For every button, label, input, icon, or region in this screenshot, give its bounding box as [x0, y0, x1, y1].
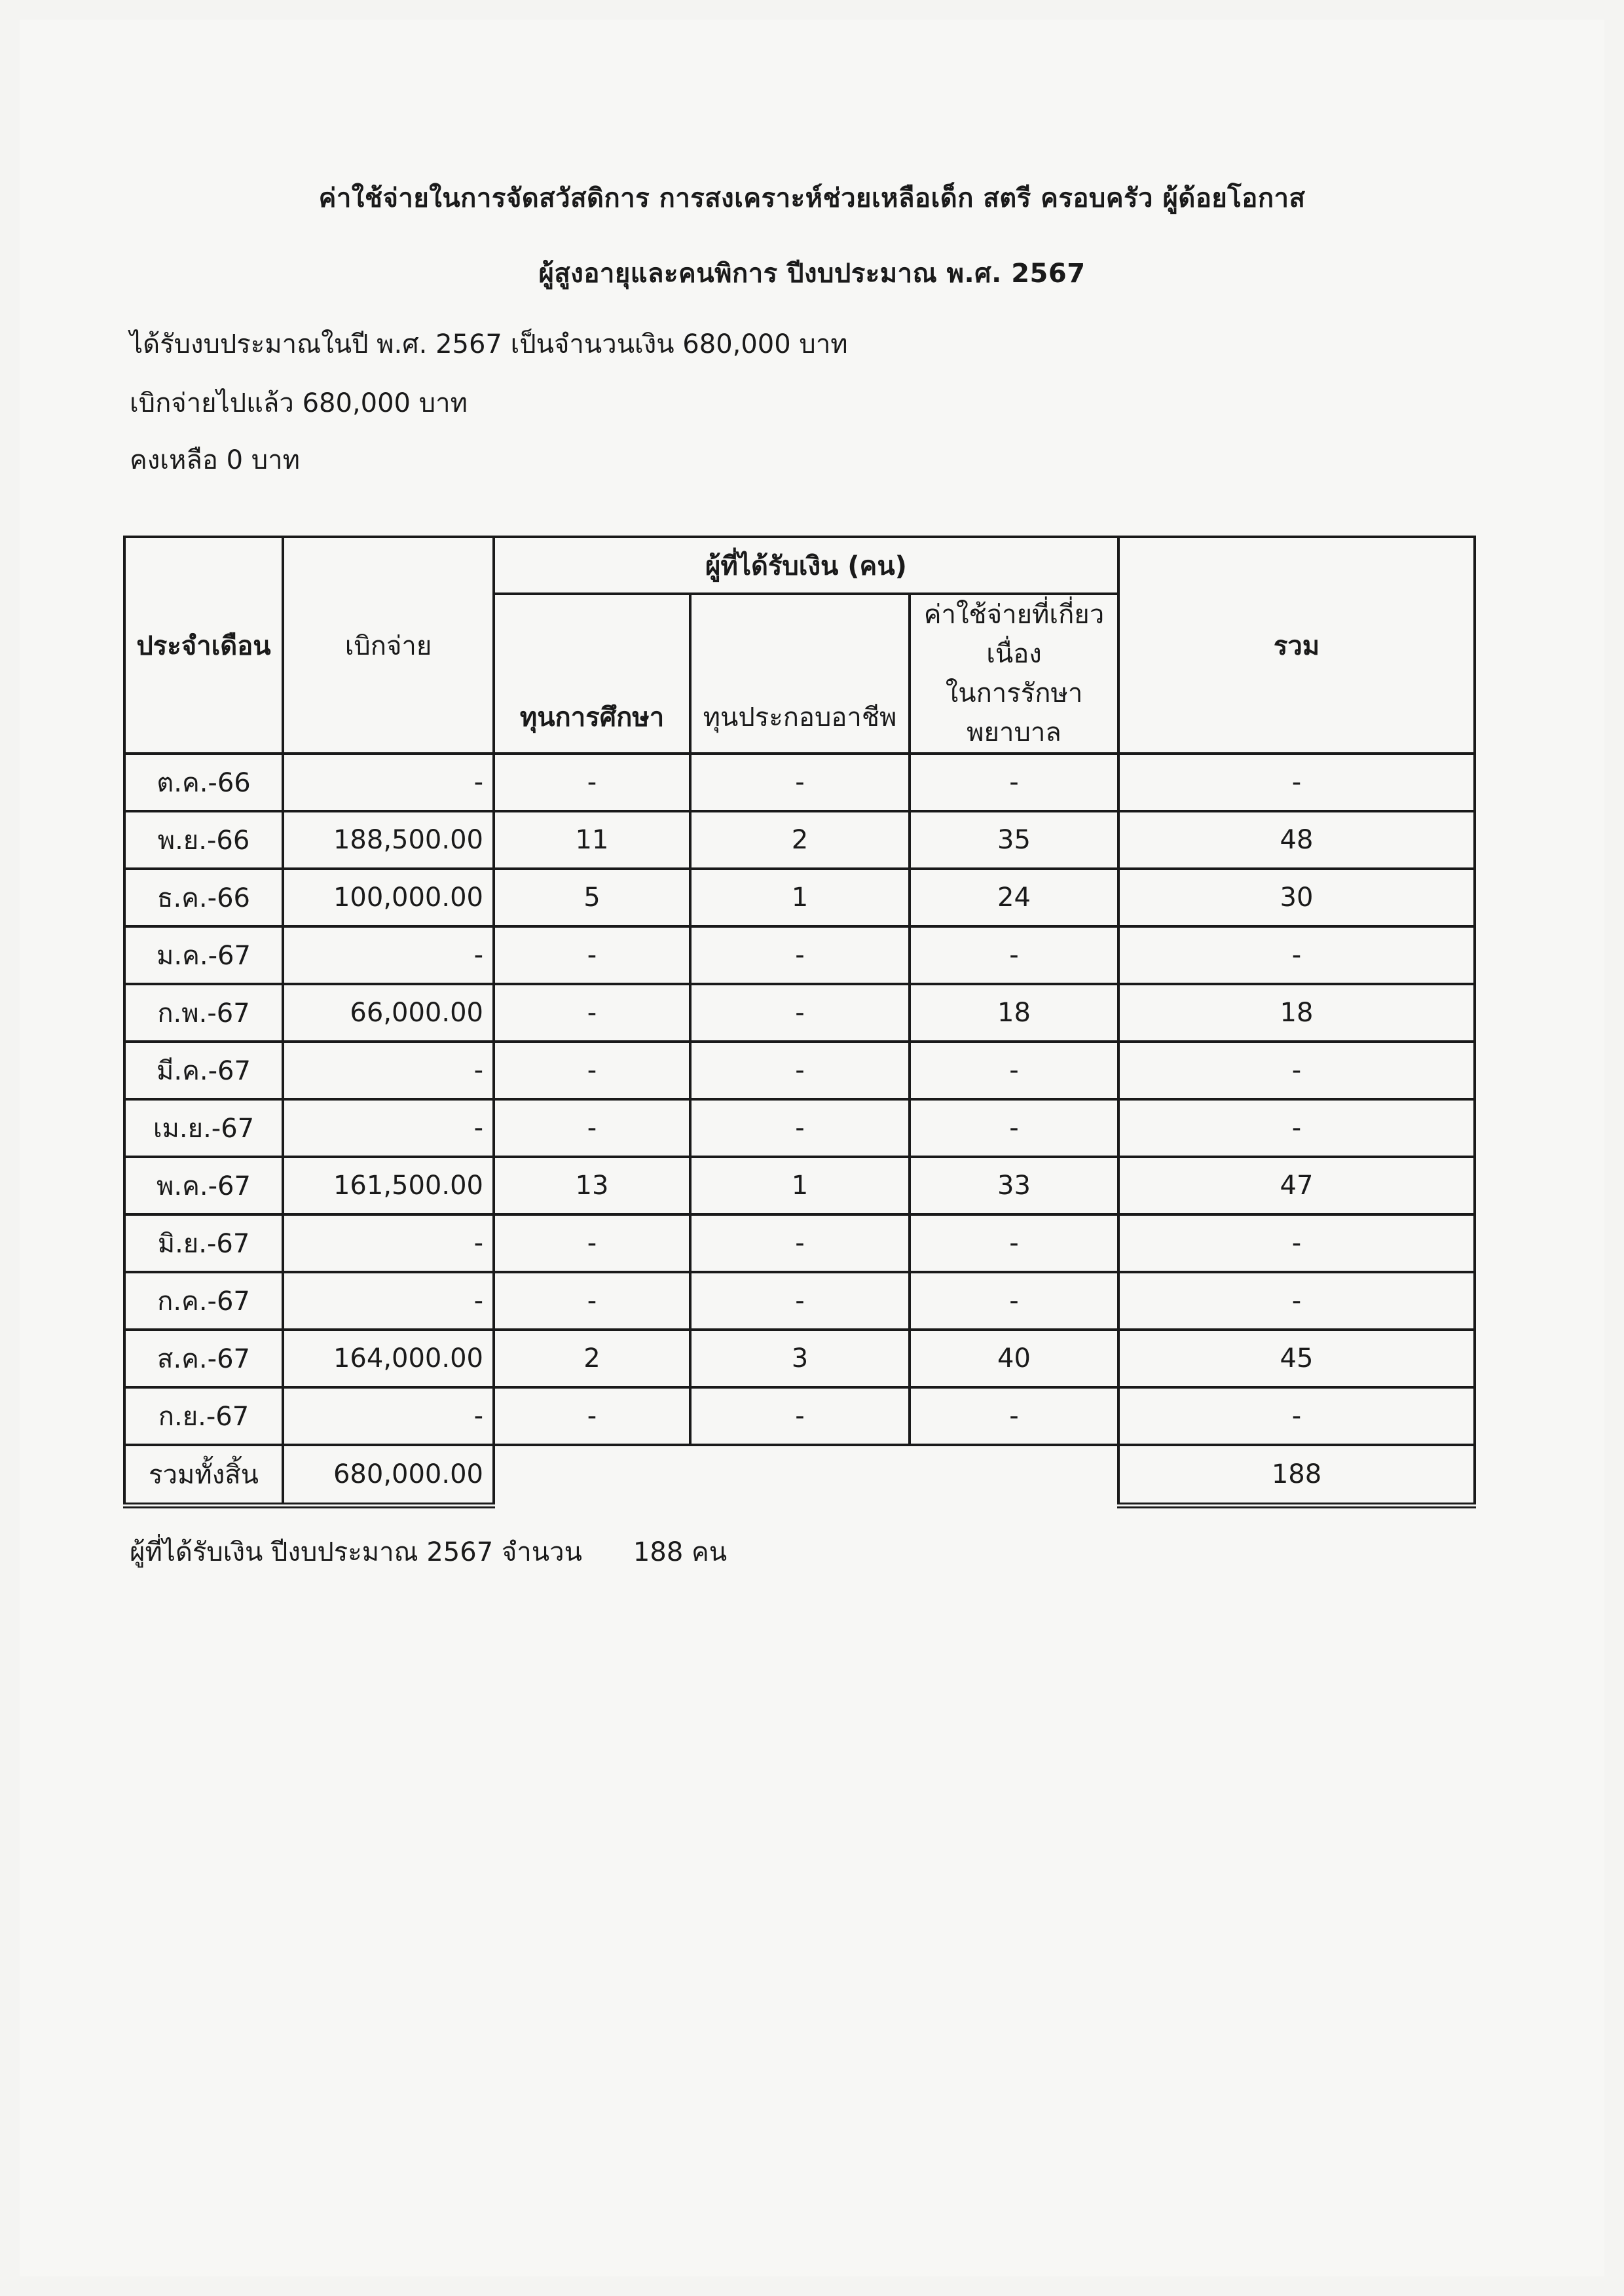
header-education: ทุนการศึกษา — [494, 594, 690, 754]
cell-total: - — [1118, 1387, 1475, 1445]
cell-total: - — [1118, 1099, 1475, 1157]
cell-month: ก.ค.-67 — [124, 1272, 283, 1330]
cell-occupation: - — [690, 1214, 910, 1272]
cell-education: 13 — [494, 1157, 690, 1214]
header-disbursed: เบิกจ่าย — [283, 537, 494, 754]
grand-total-count: 188 — [1118, 1445, 1475, 1505]
table-row: เม.ย.-67----- — [124, 1099, 1475, 1157]
cell-month: ส.ค.-67 — [124, 1330, 283, 1387]
cell-medical: - — [910, 1272, 1118, 1330]
cell-month: เม.ย.-67 — [124, 1099, 283, 1157]
cell-occupation: - — [690, 1387, 910, 1445]
grand-total-disbursed: 680,000.00 — [283, 1445, 494, 1505]
header-medical-line-1: ค่าใช้จ่ายที่เกี่ยวเนื่อง — [920, 595, 1108, 674]
cell-medical: - — [910, 1099, 1118, 1157]
cell-occupation: - — [690, 754, 910, 811]
cell-medical: 24 — [910, 869, 1118, 926]
cell-education: 2 — [494, 1330, 690, 1387]
disbursement-table: ประจำเดือน เบิกจ่าย ผู้ที่ได้รับเงิน (คน… — [123, 536, 1476, 1508]
cell-education: 11 — [494, 811, 690, 869]
cell-total: 45 — [1118, 1330, 1475, 1387]
table-row: ต.ค.-66----- — [124, 754, 1475, 811]
cell-total: - — [1118, 754, 1475, 811]
cell-medical: - — [910, 754, 1118, 811]
table-row: ธ.ค.-66100,000.00512430 — [124, 869, 1475, 926]
cell-disbursed: - — [283, 1042, 494, 1099]
cell-total: 48 — [1118, 811, 1475, 869]
document-title-line-1: ค่าใช้จ่ายในการจัดสวัสดิการ การสงเคราะห์… — [0, 177, 1624, 219]
table-row: ม.ค.-67----- — [124, 926, 1475, 984]
table-row: ส.ค.-67164,000.00234045 — [124, 1330, 1475, 1387]
grand-total-label: รวมทั้งสิ้น — [124, 1445, 283, 1505]
cell-education: - — [494, 1099, 690, 1157]
cell-occupation: 3 — [690, 1330, 910, 1387]
cell-month: พ.ย.-66 — [124, 811, 283, 869]
cell-disbursed: - — [283, 1387, 494, 1445]
document-title-line-2: ผู้สูงอายุและคนพิการ ปีงบประมาณ พ.ศ. 256… — [0, 252, 1624, 294]
cell-education: - — [494, 926, 690, 984]
cell-total: 47 — [1118, 1157, 1475, 1214]
cell-education: - — [494, 754, 690, 811]
grand-total-spacer — [494, 1445, 1118, 1505]
cell-medical: - — [910, 1214, 1118, 1272]
cell-medical: - — [910, 926, 1118, 984]
cell-month: ธ.ค.-66 — [124, 869, 283, 926]
header-medical-line-2: ในการรักษาพยาบาล — [920, 674, 1108, 752]
cell-medical: 18 — [910, 984, 1118, 1042]
table-row: พ.ย.-66188,500.001123548 — [124, 811, 1475, 869]
header-month: ประจำเดือน — [124, 537, 283, 754]
cell-disbursed: 161,500.00 — [283, 1157, 494, 1214]
cell-education: - — [494, 1272, 690, 1330]
cell-education: - — [494, 1387, 690, 1445]
cell-disbursed: 66,000.00 — [283, 984, 494, 1042]
budget-disbursed-text: เบิกจ่ายไปแล้ว 680,000 บาท — [130, 382, 468, 424]
cell-disbursed: 100,000.00 — [283, 869, 494, 926]
cell-medical: 40 — [910, 1330, 1118, 1387]
cell-month: ต.ค.-66 — [124, 754, 283, 811]
cell-medical: - — [910, 1042, 1118, 1099]
cell-total: 30 — [1118, 869, 1475, 926]
header-occupation: ทุนประกอบอาชีพ — [690, 594, 910, 754]
cell-medical: 35 — [910, 811, 1118, 869]
cell-disbursed: 164,000.00 — [283, 1330, 494, 1387]
grand-total-row: รวมทั้งสิ้น 680,000.00 188 — [124, 1445, 1475, 1505]
table-row: พ.ค.-67161,500.001313347 — [124, 1157, 1475, 1214]
cell-month: พ.ค.-67 — [124, 1157, 283, 1214]
cell-disbursed: - — [283, 926, 494, 984]
recipients-summary: ผู้ที่ได้รับเงิน ปีงบประมาณ 2567 จำนวน18… — [130, 1531, 727, 1573]
cell-occupation: - — [690, 1099, 910, 1157]
cell-month: มิ.ย.-67 — [124, 1214, 283, 1272]
cell-disbursed: - — [283, 1272, 494, 1330]
recipients-summary-count: 188 คน — [633, 1537, 727, 1567]
cell-occupation: - — [690, 1042, 910, 1099]
cell-occupation: - — [690, 926, 910, 984]
header-total: รวม — [1118, 537, 1475, 754]
table-row: ก.ค.-67----- — [124, 1272, 1475, 1330]
cell-education: - — [494, 984, 690, 1042]
budget-received-text: ได้รับงบประมาณในปี พ.ศ. 2567 เป็นจำนวนเง… — [130, 323, 848, 365]
cell-occupation: 1 — [690, 869, 910, 926]
cell-education: 5 — [494, 869, 690, 926]
cell-month: มี.ค.-67 — [124, 1042, 283, 1099]
cell-total: - — [1118, 1214, 1475, 1272]
cell-month: ก.ย.-67 — [124, 1387, 283, 1445]
budget-remaining-text: คงเหลือ 0 บาท — [130, 439, 300, 481]
cell-medical: 33 — [910, 1157, 1118, 1214]
cell-disbursed: 188,500.00 — [283, 811, 494, 869]
cell-disbursed: - — [283, 754, 494, 811]
header-recipients-group: ผู้ที่ได้รับเงิน (คน) — [494, 537, 1118, 594]
cell-occupation: - — [690, 984, 910, 1042]
cell-disbursed: - — [283, 1099, 494, 1157]
cell-occupation: 2 — [690, 811, 910, 869]
table-row: ก.ย.-67----- — [124, 1387, 1475, 1445]
cell-education: - — [494, 1214, 690, 1272]
table-body: ต.ค.-66-----พ.ย.-66188,500.001123548ธ.ค.… — [124, 754, 1475, 1445]
table-row: มี.ค.-67----- — [124, 1042, 1475, 1099]
header-medical: ค่าใช้จ่ายที่เกี่ยวเนื่อง ในการรักษาพยาบ… — [910, 594, 1118, 754]
table-row: มิ.ย.-67----- — [124, 1214, 1475, 1272]
cell-total: - — [1118, 926, 1475, 984]
cell-education: - — [494, 1042, 690, 1099]
recipients-summary-label: ผู้ที่ได้รับเงิน ปีงบประมาณ 2567 จำนวน — [130, 1537, 582, 1567]
cell-occupation: 1 — [690, 1157, 910, 1214]
cell-total: - — [1118, 1272, 1475, 1330]
cell-medical: - — [910, 1387, 1118, 1445]
cell-month: ม.ค.-67 — [124, 926, 283, 984]
cell-total: - — [1118, 1042, 1475, 1099]
cell-month: ก.พ.-67 — [124, 984, 283, 1042]
cell-disbursed: - — [283, 1214, 494, 1272]
cell-total: 18 — [1118, 984, 1475, 1042]
cell-occupation: - — [690, 1272, 910, 1330]
table-row: ก.พ.-6766,000.00--1818 — [124, 984, 1475, 1042]
